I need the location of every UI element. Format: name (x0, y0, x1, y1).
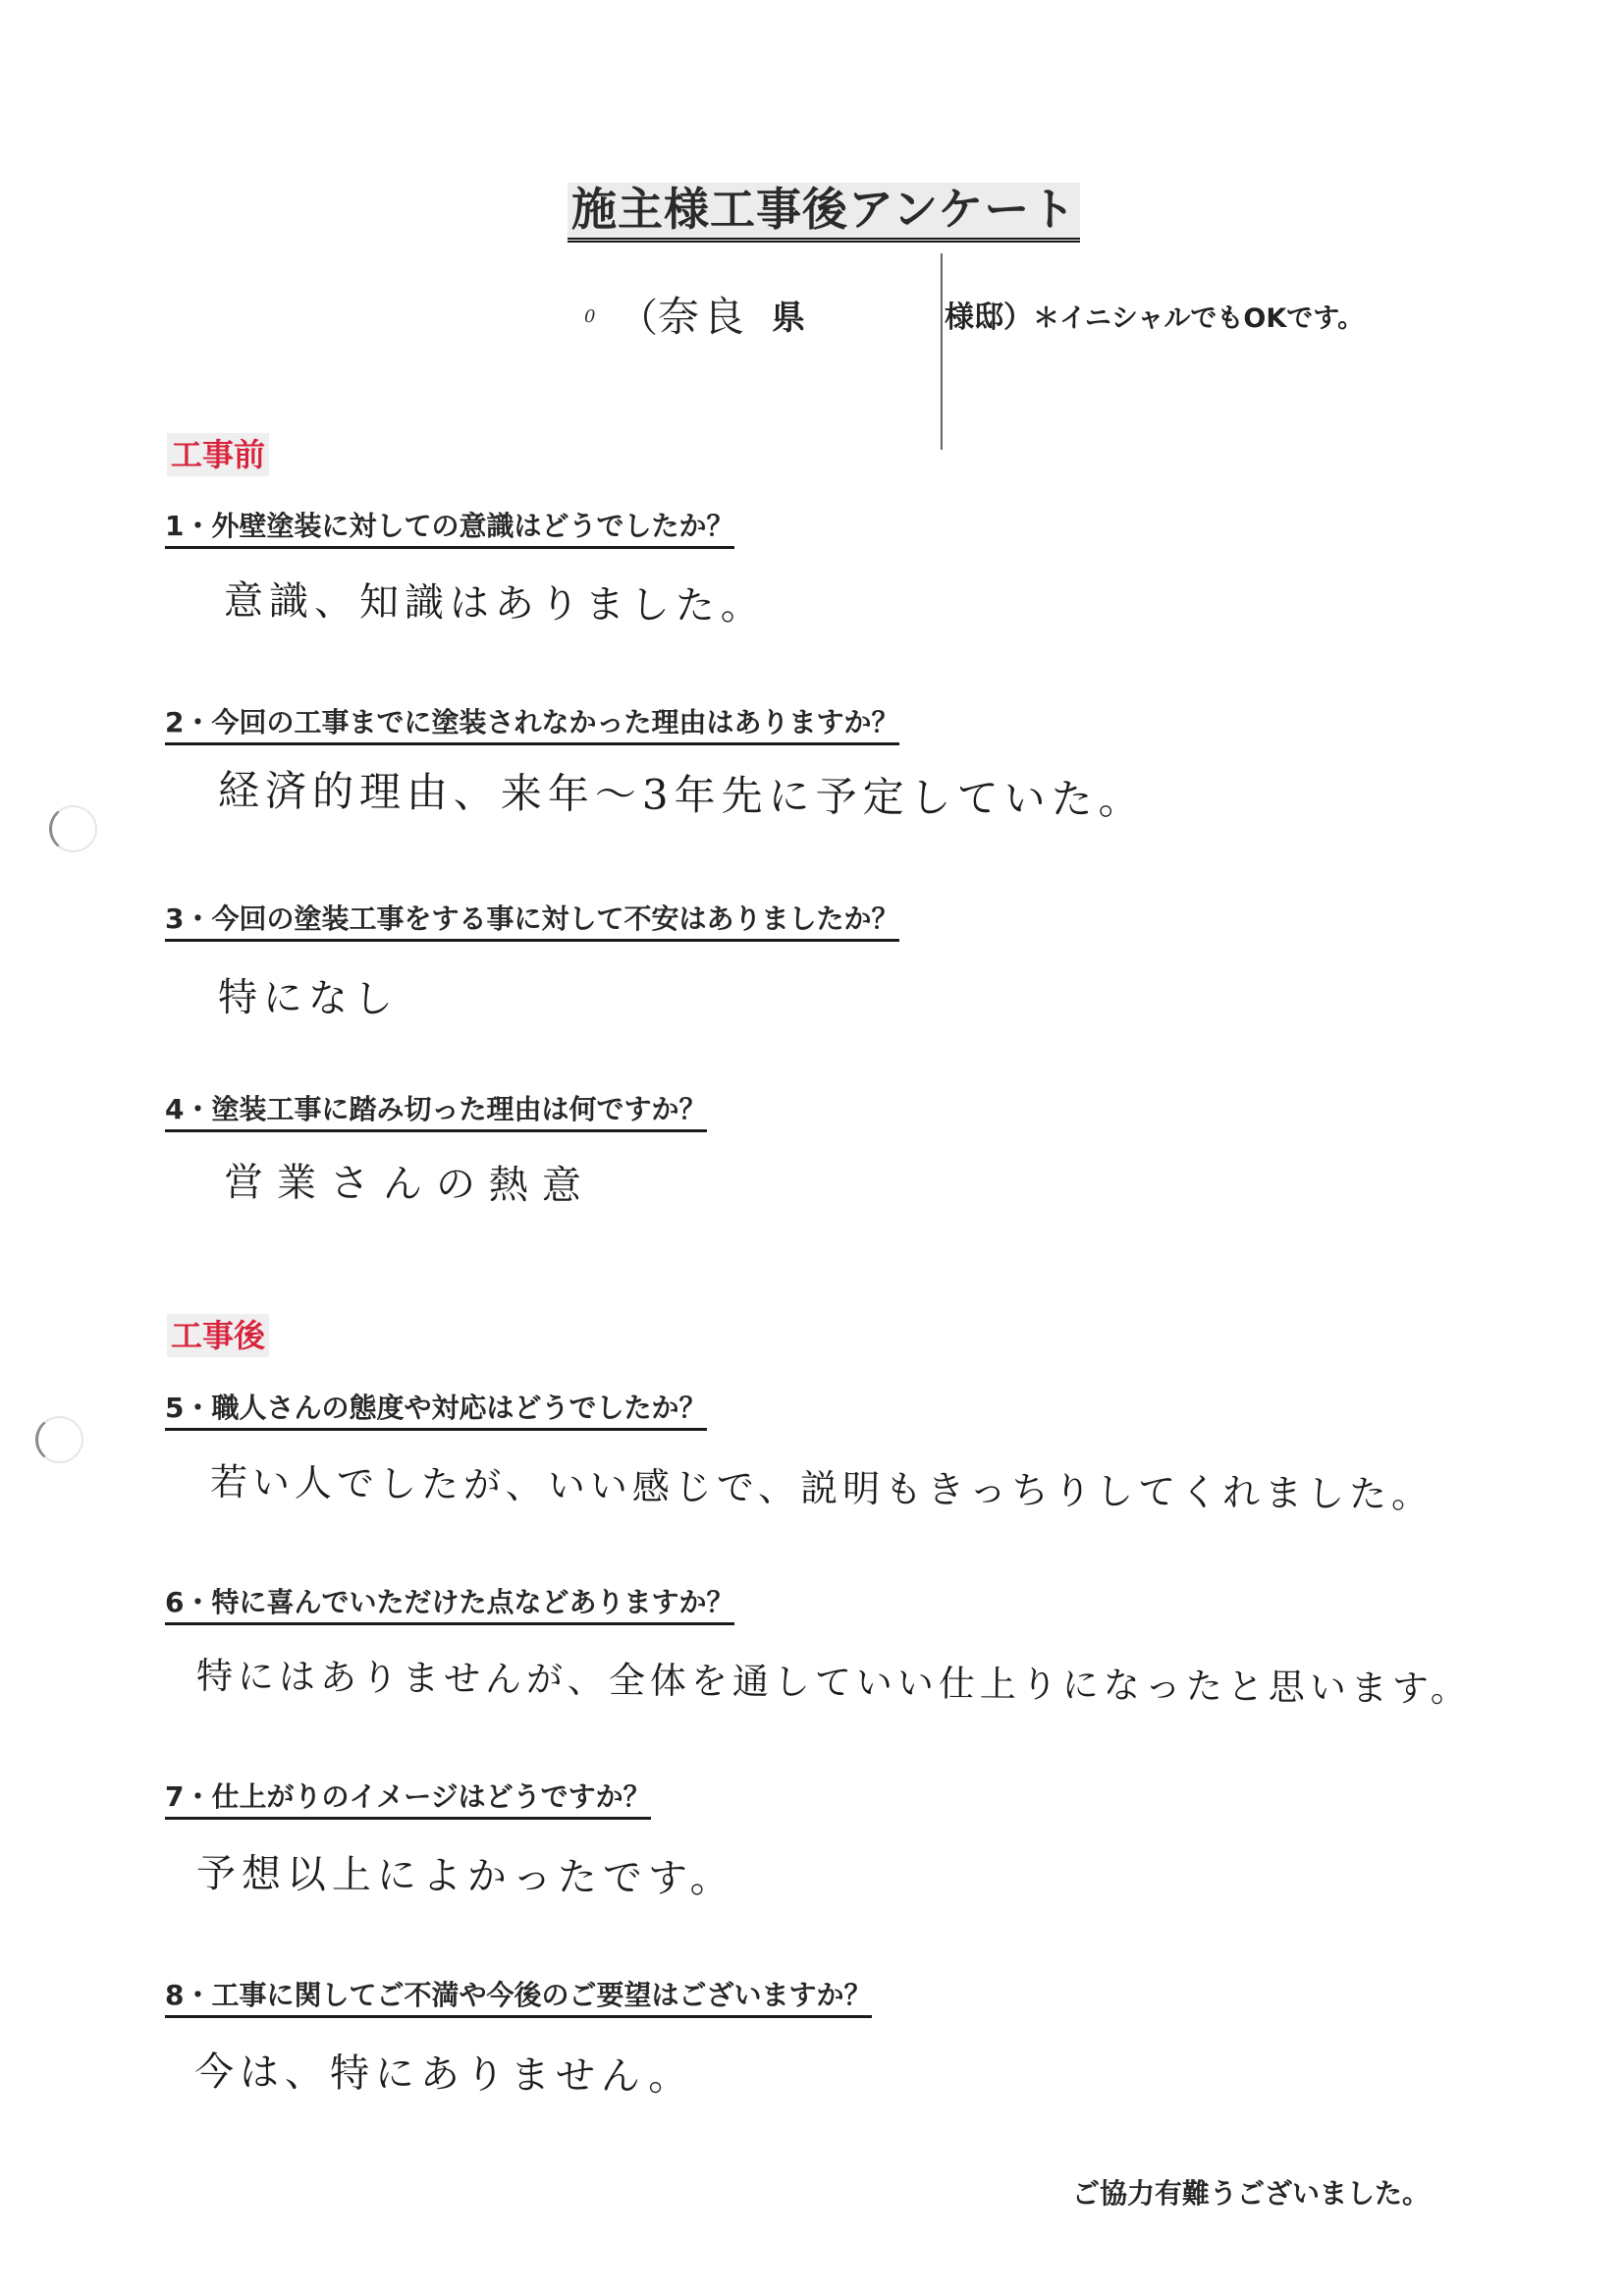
prefecture-label: 県 (772, 291, 805, 339)
question-8: 8・工事に関してご不満や今後のご要望はございますか？ (165, 1978, 872, 2018)
answer-7: 予想以上によかったです。 (196, 1842, 735, 1904)
question-5: 5・職人さんの態度や対応はどうでしたか？ (165, 1391, 707, 1431)
customer-suffix: 様邸）＊イニシャルでもOKです。 (945, 293, 1364, 336)
customer-open-paren: （ (619, 287, 658, 343)
initials-note: ＊イニシャルでもOKです。 (1033, 303, 1364, 334)
answer-3: 特になし (218, 966, 400, 1024)
punch-hole-icon (35, 1416, 83, 1463)
answer-2: 経済的理由、来年～3年先に予定していた。 (218, 758, 1146, 827)
question-4: 4・塗装工事に踏み切った理由は何ですか？ (165, 1092, 707, 1132)
punch-hole-icon (49, 805, 97, 852)
page-title: 施主様工事後アンケート (568, 183, 1080, 243)
question-3: 3・今回の塗装工事をする事に対して不安はありましたか？ (165, 902, 899, 942)
question-1: 1・外壁塗装に対しての意識はどうでしたか？ (165, 509, 734, 549)
answer-8: 今は、特にありません。 (194, 2041, 694, 2102)
customer-mark: 0 (584, 306, 595, 327)
answer-1: 意識、知識はありました。 (224, 570, 767, 631)
answer-4: 営業さんの熱意 (224, 1151, 596, 1211)
redacted-name-area (833, 253, 943, 450)
thank-you-note: ご協力有難うございました。 (1072, 2172, 1430, 2212)
section-after-label: 工事後 (167, 1314, 269, 1357)
customer-prefecture: 奈良 (658, 285, 748, 344)
question-2: 2・今回の工事までに塗装されなかった理由はありますか？ (165, 705, 899, 745)
survey-page: 施主様工事後アンケート 0 （ 奈良 県 様邸）＊イニシャルでもOKです。 工事… (0, 0, 1623, 2296)
question-6: 6・特に喜んでいただけた点などありますか？ (165, 1585, 734, 1625)
question-7: 7・仕上がりのイメージはどうですか？ (165, 1779, 651, 1820)
residence-suffix: 様邸） (945, 301, 1033, 335)
section-before-label: 工事前 (167, 433, 269, 476)
answer-5: 若い人でしたが、いい感じで、説明もきっちりしてくれました。 (210, 1451, 1434, 1518)
answer-6: 特にはありませんが、全体を通していい仕上りになったと思います。 (196, 1646, 1473, 1713)
